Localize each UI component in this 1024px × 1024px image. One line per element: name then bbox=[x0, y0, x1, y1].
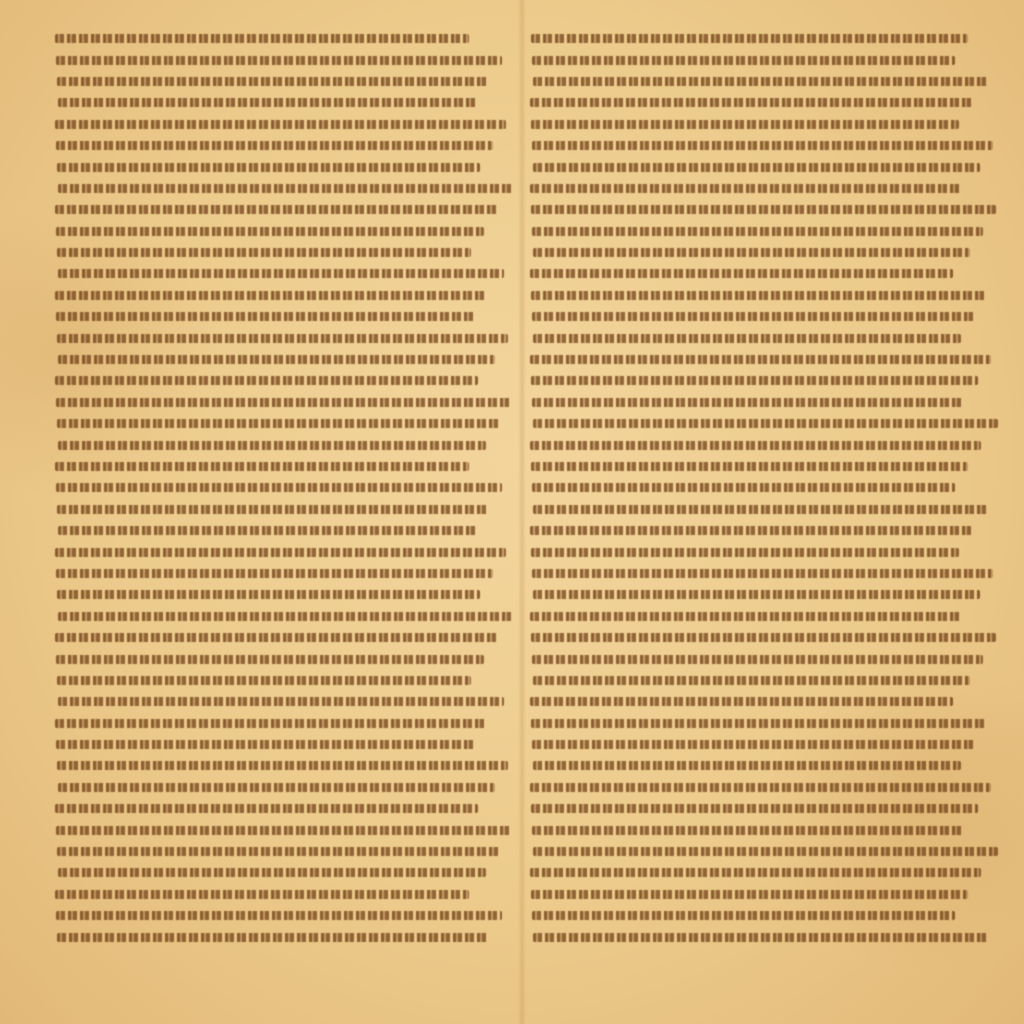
illegible-text-line bbox=[55, 926, 515, 947]
illegible-text-line bbox=[55, 798, 515, 819]
illegible-text-line bbox=[55, 713, 515, 734]
illegible-text-line bbox=[55, 114, 515, 135]
illegible-text-line bbox=[530, 178, 1000, 199]
illegible-text-line bbox=[55, 563, 515, 584]
illegible-text-line bbox=[530, 777, 1000, 798]
illegible-text-line bbox=[55, 135, 515, 156]
illegible-text-line bbox=[530, 691, 1000, 712]
illegible-text-line bbox=[530, 563, 1000, 584]
illegible-text-line bbox=[530, 905, 1000, 926]
illegible-text-line bbox=[530, 926, 1000, 947]
illegible-text-line bbox=[55, 242, 515, 263]
illegible-text-line bbox=[530, 135, 1000, 156]
illegible-text-line bbox=[55, 541, 515, 562]
illegible-text-line bbox=[530, 819, 1000, 840]
illegible-text-line bbox=[55, 156, 515, 177]
illegible-text-line bbox=[530, 413, 1000, 434]
illegible-text-line bbox=[55, 178, 515, 199]
illegible-text-line bbox=[55, 606, 515, 627]
illegible-text-line bbox=[530, 71, 1000, 92]
illegible-text-line bbox=[55, 434, 515, 455]
illegible-text-line bbox=[55, 520, 515, 541]
text-column-left bbox=[55, 28, 515, 948]
illegible-text-line bbox=[55, 862, 515, 883]
illegible-text-line bbox=[55, 884, 515, 905]
illegible-text-line bbox=[55, 841, 515, 862]
illegible-text-line bbox=[530, 370, 1000, 391]
illegible-text-line bbox=[530, 713, 1000, 734]
illegible-text-line bbox=[55, 905, 515, 926]
parchment-page bbox=[0, 0, 1024, 1024]
illegible-text-line bbox=[55, 221, 515, 242]
illegible-text-line bbox=[55, 285, 515, 306]
illegible-text-line bbox=[530, 755, 1000, 776]
illegible-text-line bbox=[530, 541, 1000, 562]
illegible-text-line bbox=[55, 584, 515, 605]
illegible-text-line bbox=[530, 199, 1000, 220]
illegible-text-line bbox=[55, 306, 515, 327]
illegible-text-line bbox=[530, 327, 1000, 348]
illegible-text-line bbox=[55, 263, 515, 284]
illegible-text-line bbox=[55, 627, 515, 648]
illegible-text-line bbox=[55, 28, 515, 49]
illegible-text-line bbox=[55, 49, 515, 70]
illegible-text-line bbox=[530, 114, 1000, 135]
illegible-text-line bbox=[530, 242, 1000, 263]
illegible-text-line bbox=[55, 499, 515, 520]
illegible-text-line bbox=[530, 520, 1000, 541]
illegible-text-line bbox=[530, 434, 1000, 455]
illegible-text-line bbox=[530, 306, 1000, 327]
illegible-text-line bbox=[530, 734, 1000, 755]
illegible-text-line bbox=[530, 648, 1000, 669]
illegible-text-line bbox=[530, 92, 1000, 113]
illegible-text-line bbox=[530, 28, 1000, 49]
illegible-text-line bbox=[55, 92, 515, 113]
illegible-text-line bbox=[530, 477, 1000, 498]
illegible-text-line bbox=[530, 263, 1000, 284]
illegible-text-line bbox=[530, 670, 1000, 691]
illegible-text-line bbox=[530, 584, 1000, 605]
illegible-text-line bbox=[55, 370, 515, 391]
illegible-text-line bbox=[530, 884, 1000, 905]
illegible-text-line bbox=[530, 156, 1000, 177]
illegible-text-line bbox=[530, 862, 1000, 883]
illegible-text-line bbox=[55, 734, 515, 755]
illegible-text-line bbox=[55, 71, 515, 92]
illegible-text-line bbox=[530, 392, 1000, 413]
illegible-text-line bbox=[530, 499, 1000, 520]
illegible-text-line bbox=[55, 777, 515, 798]
illegible-text-line bbox=[530, 456, 1000, 477]
illegible-text-line bbox=[530, 349, 1000, 370]
illegible-text-line bbox=[530, 285, 1000, 306]
illegible-text-line bbox=[55, 819, 515, 840]
illegible-text-line bbox=[55, 327, 515, 348]
illegible-text-line bbox=[55, 349, 515, 370]
illegible-text-line bbox=[55, 392, 515, 413]
illegible-text-line bbox=[55, 199, 515, 220]
illegible-text-line bbox=[530, 49, 1000, 70]
text-column-right bbox=[530, 28, 1000, 948]
illegible-text-line bbox=[55, 691, 515, 712]
illegible-text-line bbox=[55, 670, 515, 691]
illegible-text-line bbox=[55, 648, 515, 669]
illegible-text-line bbox=[530, 798, 1000, 819]
illegible-text-line bbox=[530, 606, 1000, 627]
illegible-text-line bbox=[55, 456, 515, 477]
illegible-text-line bbox=[55, 755, 515, 776]
illegible-text-line bbox=[530, 627, 1000, 648]
illegible-text-line bbox=[530, 841, 1000, 862]
illegible-text-line bbox=[530, 221, 1000, 242]
illegible-text-line bbox=[55, 413, 515, 434]
illegible-text-line bbox=[55, 477, 515, 498]
center-fold bbox=[518, 0, 526, 1024]
